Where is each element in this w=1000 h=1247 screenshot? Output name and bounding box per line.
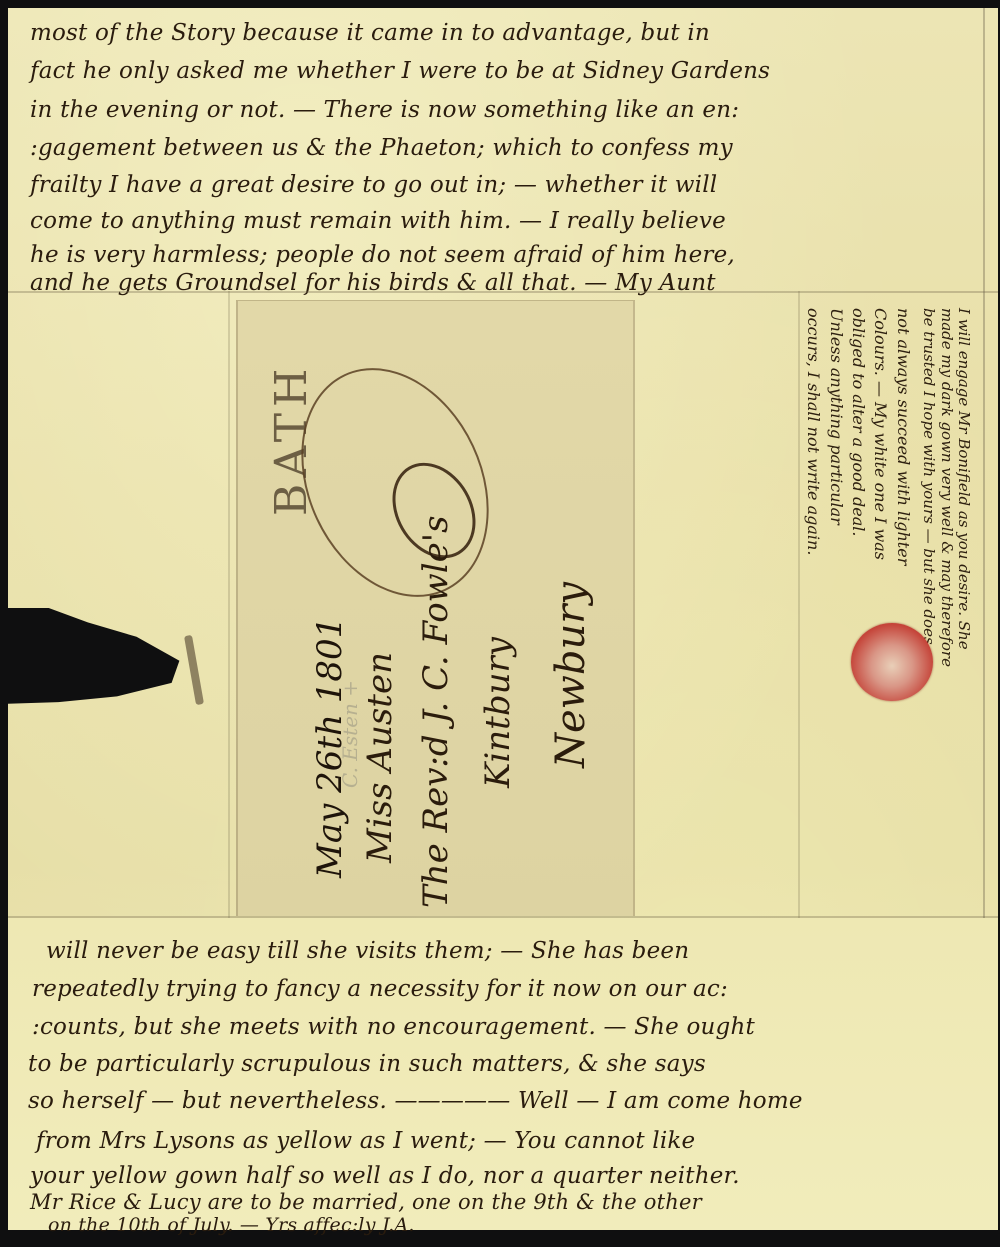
recipient-care-of: The Rev:d J. C. Fowle's	[416, 515, 456, 908]
letter-line: he is very harmless; people do not seem …	[30, 242, 735, 268]
margin-line: not always succeed with lighter	[894, 308, 913, 565]
margin-line: occurs, I shall not write again.	[804, 308, 823, 555]
letter-line: frailty I have a great desire to go out …	[30, 172, 717, 198]
margin-line: be trusted I hope with yours — but she d…	[920, 308, 938, 645]
letter-line: your yellow gown half so well as I do, n…	[30, 1163, 740, 1189]
margin-line: Colours. — My white one I was	[871, 308, 890, 560]
margin-line: I will engage Mr Bonifield as you desire…	[955, 308, 973, 650]
margin-line: Unless anything particular	[827, 308, 846, 525]
letter-line: Mr Rice & Lucy are to be married, one on…	[30, 1190, 702, 1214]
letter-line: :counts, but she meets with no encourage…	[32, 1014, 755, 1040]
margin-line: obliged to alter a good deal.	[849, 308, 868, 537]
letter-line: most of the Story because it came in to …	[30, 20, 710, 46]
margin-line: made my dark gown very well & may theref…	[938, 308, 956, 667]
red-wax-seal	[851, 623, 933, 701]
letter-line: repeatedly trying to fancy a necessity f…	[32, 976, 728, 1002]
fold-line	[8, 291, 998, 293]
top-text-panel: most of the Story because it came in to …	[8, 8, 998, 291]
letter-line: from Mrs Lysons as yellow as I went; — Y…	[36, 1128, 695, 1154]
letter-line: will never be easy till she visits them;…	[46, 938, 689, 964]
faint-pencil-note: C. Esten +	[338, 680, 362, 788]
letter-line: in the evening or not. — There is now so…	[30, 97, 739, 123]
fold-line	[798, 291, 800, 918]
fold-line	[228, 291, 230, 918]
letter-line: come to anything must remain with him. —…	[30, 208, 726, 234]
bottom-text-panel: will never be easy till she visits them;…	[8, 918, 998, 1230]
recipient-post-town: Newbury	[548, 582, 594, 768]
letter-line: so herself — but nevertheless. ————— Wel…	[28, 1088, 803, 1114]
letter-line: :gagement between us & the Phaeton; whic…	[30, 135, 733, 161]
recipient-town: Kintbury	[478, 637, 518, 788]
letter-line: fact he only asked me whether I were to …	[30, 58, 770, 84]
recipient-name: Miss Austen	[360, 652, 400, 863]
letter-line: to be particularly scrupulous in such ma…	[28, 1051, 706, 1077]
letter-signature-line: on the 10th of July. — Yrs affec:ly J.A.	[48, 1214, 415, 1236]
letter-sheet: most of the Story because it came in to …	[8, 8, 998, 1230]
